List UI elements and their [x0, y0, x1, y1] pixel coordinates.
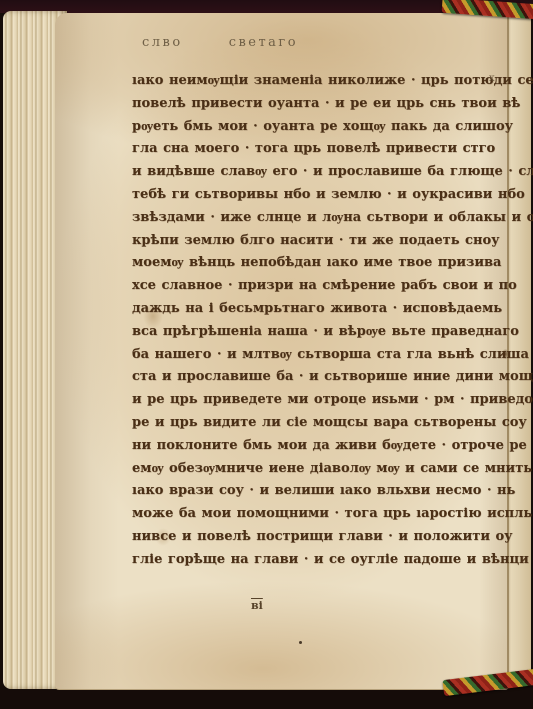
- text-line: ба нашего · и млтвѹ сьтворша ста гла вьн…: [132, 344, 498, 367]
- text-line: повелѣ привести оуанта · и ре еи црь снь…: [132, 93, 498, 116]
- top-annotation: слво светаго: [142, 35, 298, 50]
- quire-mark: ві: [251, 599, 263, 612]
- text-line: и ре црь приведете ми отроце иѕьми · рм …: [132, 389, 498, 412]
- manuscript-text: ıако неимѹщіи знаменіа николиже · црь по…: [132, 70, 498, 572]
- text-line: моемѹ вѣнць непобѣдан ıако име твое приз…: [132, 252, 498, 275]
- text-line: и видѣвше славѹ его · и прославише ба гл…: [132, 161, 498, 184]
- text-line: рѹеть бмь мои · оуанта ре хощѹ пакь да с…: [132, 116, 498, 139]
- text-line: гліе горѣще на глави · и се оугліе падош…: [132, 549, 498, 572]
- margin-mark: х: [489, 73, 495, 84]
- text-line: ни поклоните бмь мои да живи бѹдете · от…: [132, 435, 498, 458]
- text-line: ре и црь видите ли сіе мощсы вара сьтвор…: [132, 412, 498, 435]
- annotation-word-1: слво: [142, 35, 183, 50]
- text-line: ıако неимѹщіи знаменіа николиже · црь по…: [132, 70, 498, 93]
- annotation-word-2: светаго: [229, 35, 298, 50]
- manuscript-photo: слво светаго ıако неимѹщіи знаменіа нико…: [0, 0, 533, 709]
- text-line: хсе славное · призри на смѣрение рабъ св…: [132, 275, 498, 298]
- text-line: вса прѣгрѣшеніа наша · и вѣрѹе вьте прав…: [132, 321, 498, 344]
- text-line: звѣздами · иже слнце и лѹна сьтвори и об…: [132, 207, 498, 230]
- text-line: ıако врази соу · и велиши ıако вльхви не…: [132, 480, 498, 503]
- text-line: нивсе и повелѣ пострищи глави · и положи…: [132, 526, 498, 549]
- ink-speck: [299, 641, 302, 644]
- text-line: ста и прославише ба · и сьтворише иние д…: [132, 366, 498, 389]
- text-line: крѣпи землю блго насити · ти же подаеть …: [132, 230, 498, 253]
- page-fore-edge-right: [506, 17, 531, 673]
- text-line: даждь на і бесьмрьтнаго живота · исповѣд…: [132, 298, 498, 321]
- text-line: гла сна моего · тога црь повелѣ привести…: [132, 138, 498, 161]
- text-line: емѹ обезѹмниче иене діаволѹ мѹ и сами се…: [132, 458, 498, 481]
- text-line: може ба мои помощними · тога црь ıарості…: [132, 503, 498, 526]
- text-line: тебѣ ги сьтворивы нбо и землю · и оукрас…: [132, 184, 498, 207]
